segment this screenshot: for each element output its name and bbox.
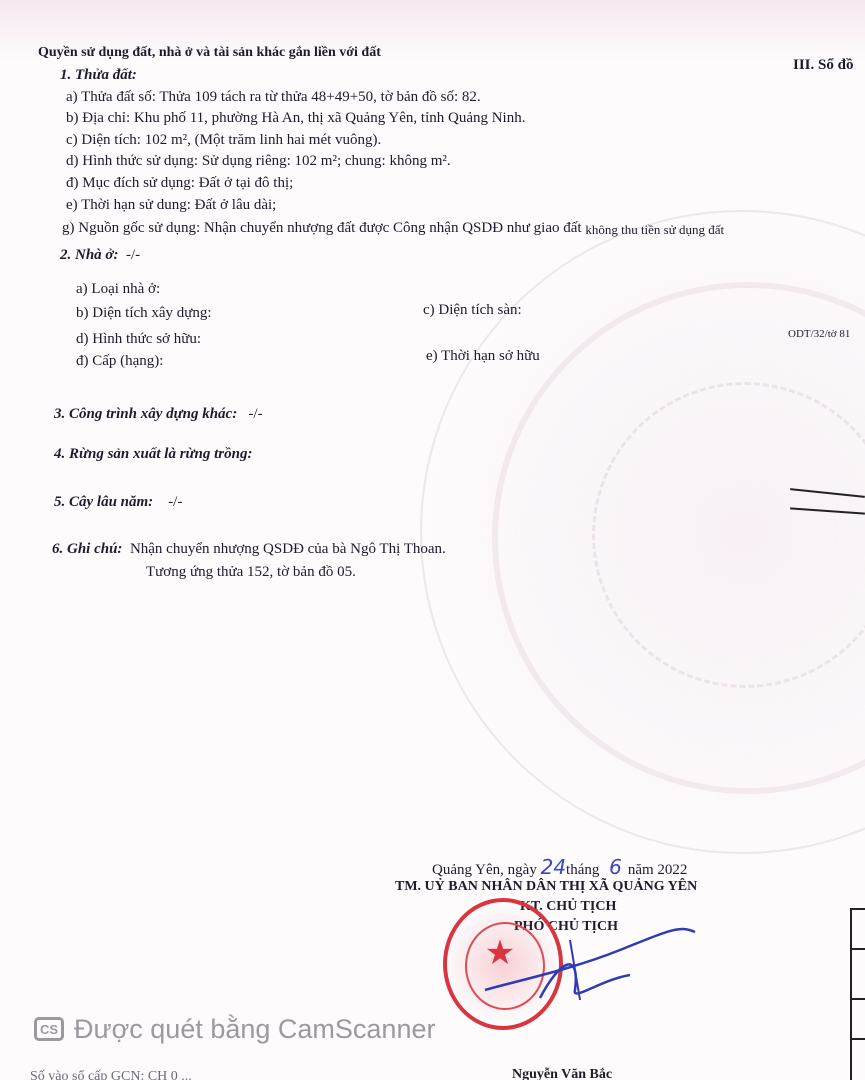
section-2-label: 2. Nhà ở:	[60, 247, 118, 263]
usage-purpose: đ) Mục đích sử dụng: Đất ở tại đô thị;	[66, 174, 293, 192]
note-line-2: Tương ứng thửa 152, tờ bản đồ 05.	[146, 563, 356, 581]
section-iii-heading: III. Sổ đồ	[793, 56, 853, 74]
signer-name: Nguyễn Văn Bắc	[512, 1066, 612, 1080]
house-grade: đ) Cấp (hạng):	[76, 352, 163, 370]
parcel-area: c) Diện tích: 102 m², (Một trăm linh hai…	[66, 131, 381, 149]
section-2-title: 2. Nhà ở: -/-	[60, 246, 140, 264]
header-line: Quyền sử dụng đất, nhà ở và tài sản khác…	[38, 44, 381, 62]
usage-origin-tail: không thu tiền sử dụng đất	[585, 222, 724, 237]
date-month-label: tháng	[566, 862, 599, 878]
section-1-title: 1. Thửa đất:	[60, 66, 137, 84]
note-line-1: Nhận chuyển nhượng QSDĐ của bà Ngô Thị T…	[130, 541, 446, 557]
usage-origin: g) Nguồn gốc sử dụng: Nhận chuyển nhượng…	[62, 219, 724, 237]
place-date-prefix: Quảng Yên, ngày	[432, 862, 537, 878]
date-month: 6	[609, 855, 622, 879]
land-code-note: ODT/32/tờ 81	[788, 325, 850, 343]
section-3: 3. Công trình xây dựng khác: -/-	[54, 405, 263, 423]
house-type: a) Loại nhà ở:	[76, 280, 160, 298]
camscanner-watermark: CS Được quét bằng CamScanner	[34, 1012, 435, 1046]
table-edge	[850, 908, 865, 1080]
section-3-title: 3. Công trình xây dựng khác:	[54, 406, 237, 422]
parcel-address: b) Địa chỉ: Khu phố 11, phường Hà An, th…	[66, 109, 525, 127]
section-2-value: -/-	[126, 247, 140, 263]
ownership-form: d) Hình thức sở hữu:	[76, 330, 201, 348]
place-date: Quảng Yên, ngày 24tháng 6năm 2022	[432, 858, 687, 879]
floor-area: c) Diện tích sàn:	[423, 301, 522, 319]
usage-term: e) Thời hạn sử dung: Đất ở lâu dài;	[66, 196, 276, 214]
section-6: 6. Ghi chú: Nhận chuyển nhượng QSDĐ của …	[52, 540, 446, 558]
ownership-term: e) Thời hạn sở hữu	[426, 347, 540, 365]
usage-origin-main: g) Nguồn gốc sử dụng: Nhận chuyển nhượng…	[62, 220, 585, 236]
section-5-value: -/-	[168, 494, 182, 510]
handwritten-signature	[480, 920, 700, 1010]
camscanner-logo-icon: CS	[34, 1017, 64, 1041]
certificate-book-number: Số vào sổ cấp GCN: CH 0 ...	[30, 1068, 192, 1080]
date-day: 24	[541, 855, 566, 879]
section-6-title: 6. Ghi chú:	[52, 541, 122, 557]
section-4-title: 4. Rừng sản xuất là rừng trồng:	[54, 445, 252, 463]
construction-area: b) Diện tích xây dựng:	[76, 304, 212, 322]
camscanner-text: Được quét bằng CamScanner	[74, 1014, 435, 1045]
usage-form: d) Hình thức sử dụng: Sử dụng riêng: 102…	[66, 152, 451, 170]
section-5: 5. Cây lâu năm: -/-	[54, 493, 182, 511]
issuing-authority: TM. UỶ BAN NHÂN DÂN THỊ XÃ QUẢNG YÊN	[395, 878, 697, 896]
parcel-number: a) Thửa đất số: Thửa 109 tách ra từ thửa…	[66, 88, 481, 106]
section-5-title: 5. Cây lâu năm:	[54, 494, 153, 510]
date-year: năm 2022	[628, 862, 688, 878]
section-3-value: -/-	[248, 406, 262, 422]
